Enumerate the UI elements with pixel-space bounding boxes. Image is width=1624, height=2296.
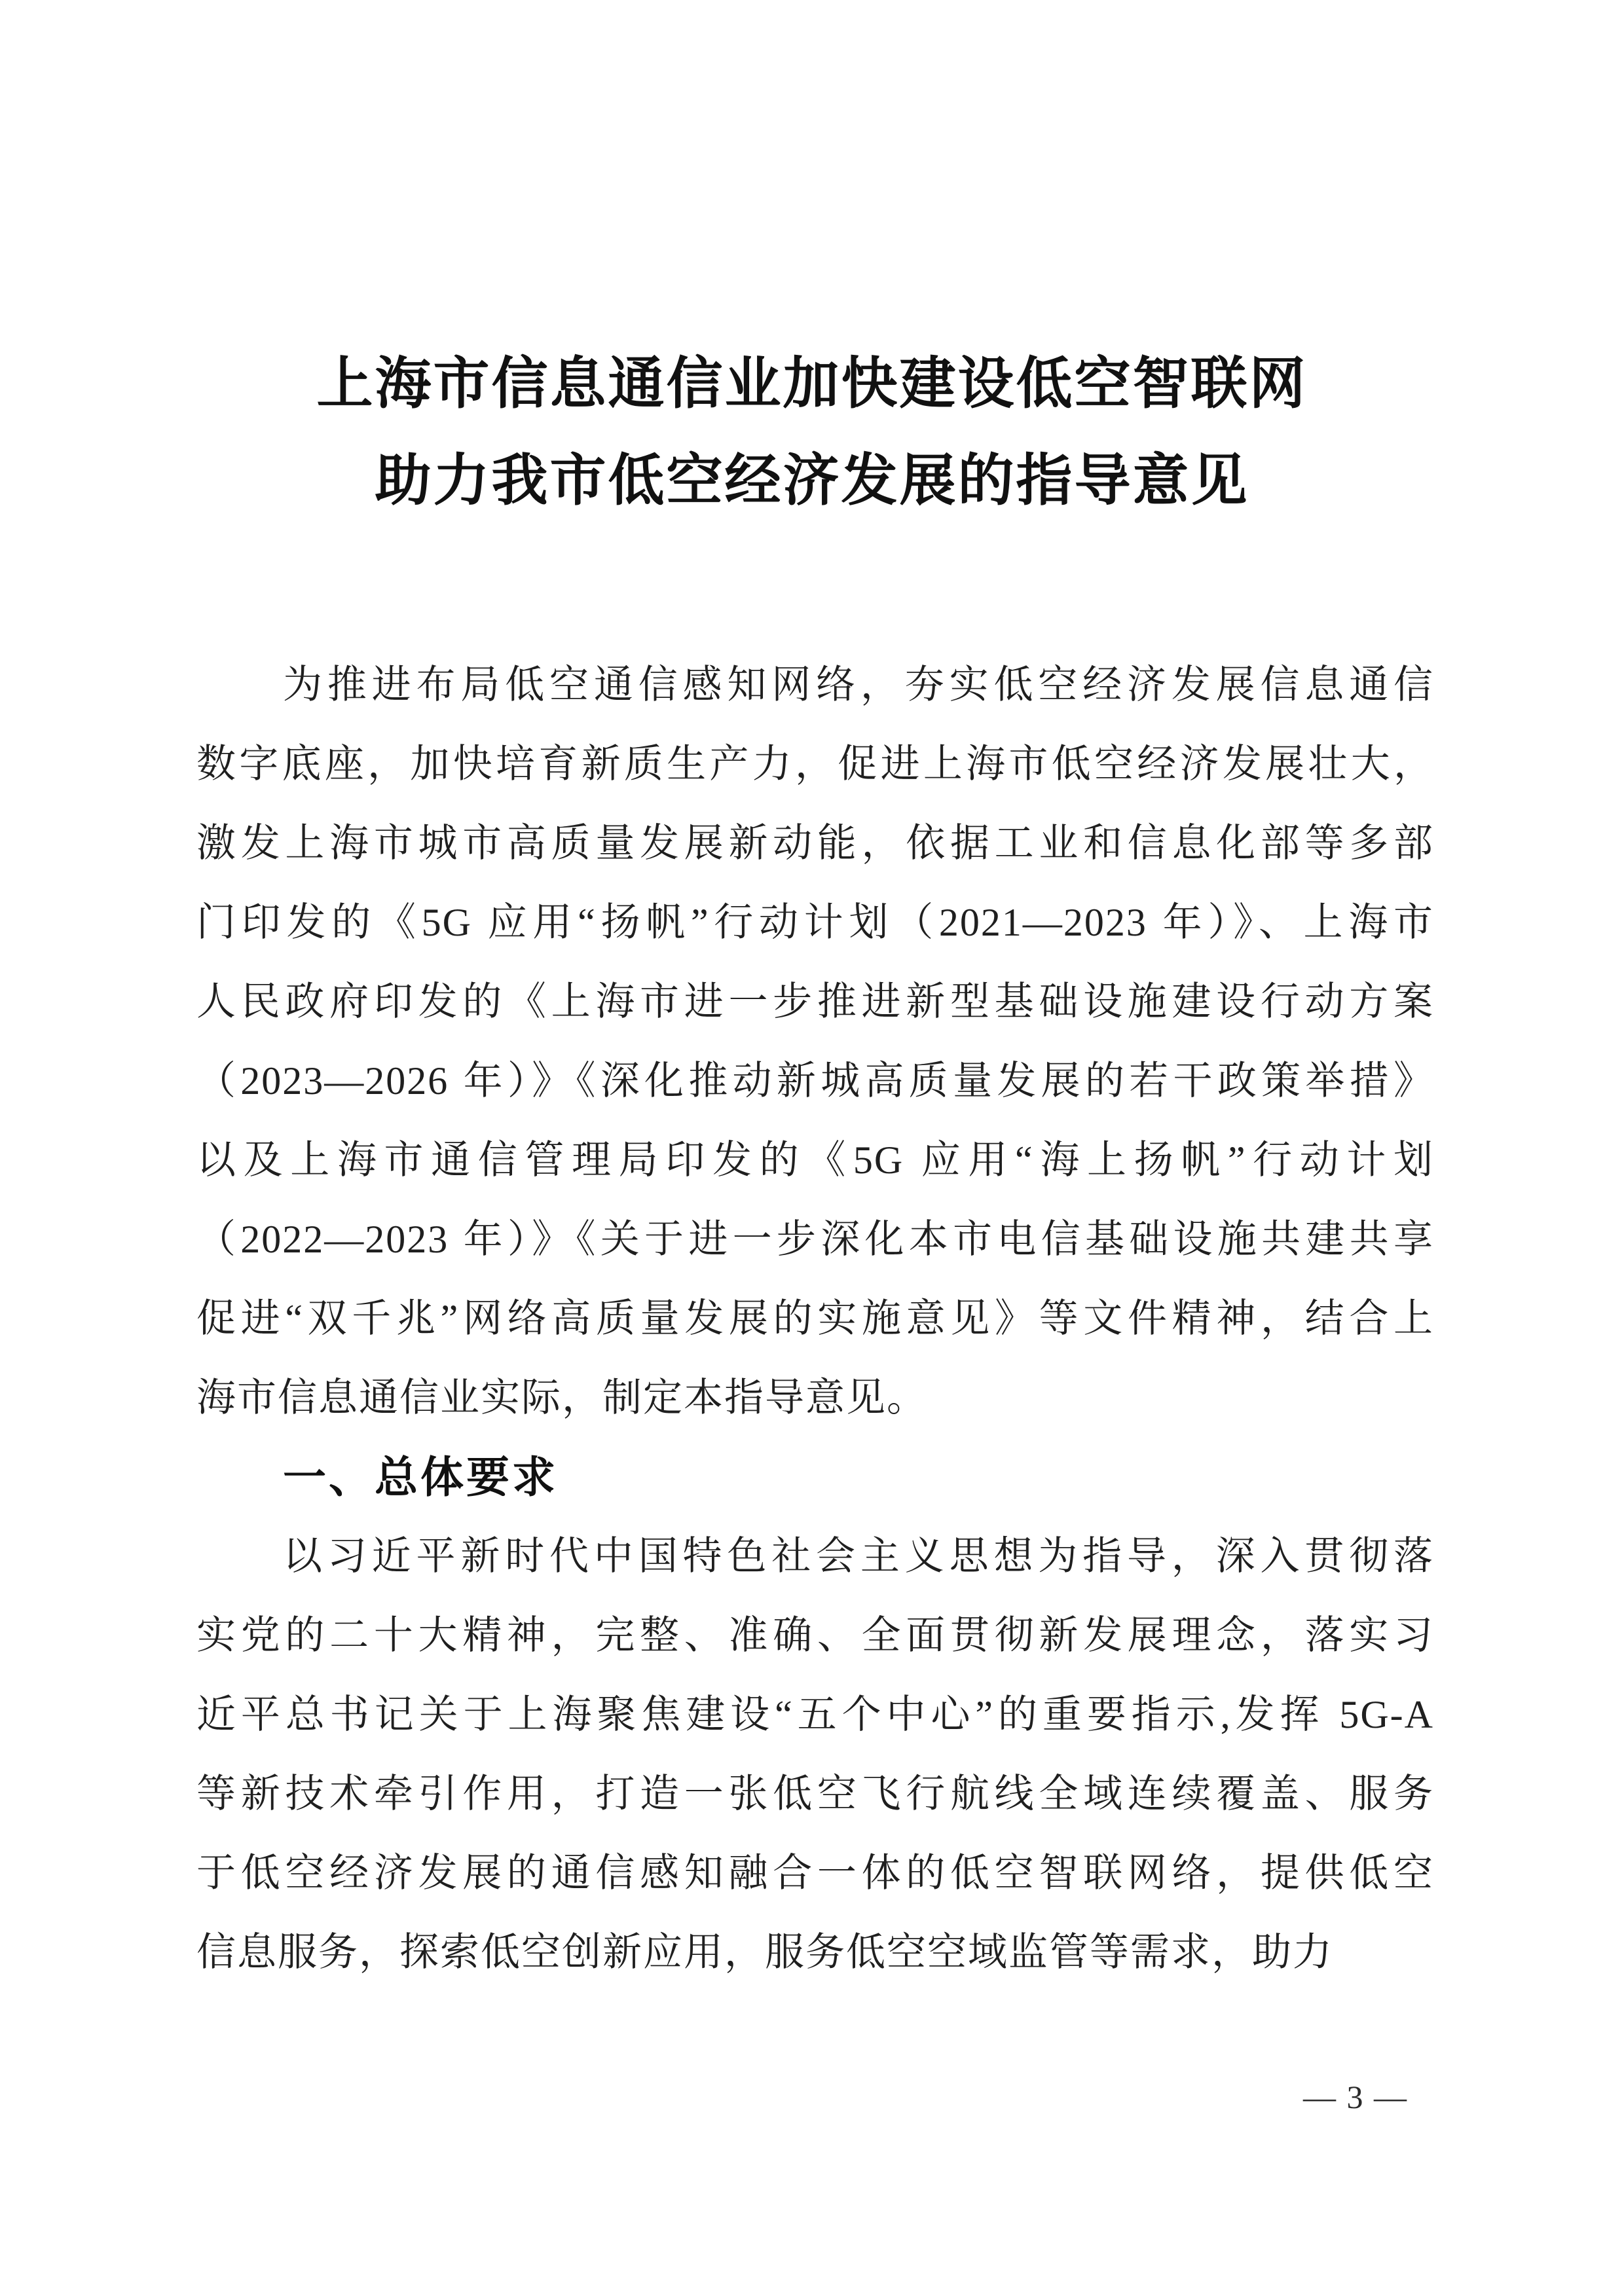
body-line: 以习近平新时代中国特色社会主义思想为指导，深入贯彻落 (196, 1517, 1434, 1596)
body-line: 于低空经济发展的通信感知融合一体的低空智联网络，提供低空 (196, 1834, 1434, 1913)
page-number: — 3 — (1270, 2074, 1441, 2120)
body-line: 信息服务，探索低空创新应用，服务低空空域监管等需求，助力 (196, 1913, 1434, 1992)
body-line: 以及上海市通信管理局印发的《5G 应用“海上扬帆”行动计划 (196, 1121, 1434, 1200)
body-line: 人民政府印发的《上海市进一步推进新型基础设施建设行动方案 (196, 962, 1434, 1042)
body-line: 激发上海市城市高质量发展新动能，依据工业和信息化部等多部 (196, 804, 1434, 883)
body-line: 近平总书记关于上海聚焦建设“五个中心”的重要指示,发挥 5G-A (196, 1675, 1434, 1755)
body-line: 海市信息通信业实际，制定本指导意见。 (196, 1358, 1434, 1438)
title-line-1: 上海市信息通信业加快建设低空智联网 (0, 335, 1624, 432)
section1-paragraph: 以习近平新时代中国特色社会主义思想为指导，深入贯彻落 实党的二十大精神，完整、准… (196, 1517, 1434, 1992)
body-line: 门印发的《5G 应用“扬帆”行动计划（2021—2023 年）》、上海市 (196, 883, 1434, 962)
intro-paragraph: 为推进布局低空通信感知网络，夯实低空经济发展信息通信 数字底座，加快培育新质生产… (196, 646, 1434, 1438)
document-title: 上海市信息通信业加快建设低空智联网 助力我市低空经济发展的指导意见 (0, 0, 1624, 529)
title-line-2: 助力我市低空经济发展的指导意见 (0, 432, 1624, 529)
body-line: （2023—2026 年）》《深化推动新城高质量发展的若干政策举措》 (196, 1042, 1434, 1121)
section-heading: 一、总体要求 (196, 1438, 1434, 1517)
body-line: 数字底座，加快培育新质生产力，促进上海市低空经济发展壮大， (196, 725, 1434, 804)
body-line: 实党的二十大精神，完整、准确、全面贯彻新发展理念，落实习 (196, 1596, 1434, 1675)
body-line: （2022—2023 年）》《关于进一步深化本市电信基础设施共建共享 (196, 1200, 1434, 1279)
document-body: 为推进布局低空通信感知网络，夯实低空经济发展信息通信 数字底座，加快培育新质生产… (196, 646, 1434, 1992)
body-line: 促进“双千兆”网络高质量发展的实施意见》等文件精神，结合上 (196, 1279, 1434, 1358)
body-line: 为推进布局低空通信感知网络，夯实低空经济发展信息通信 (196, 646, 1434, 725)
document-page: 上海市信息通信业加快建设低空智联网 助力我市低空经济发展的指导意见 为推进布局低… (0, 0, 1624, 2296)
body-line: 等新技术牵引作用，打造一张低空飞行航线全域连续覆盖、服务 (196, 1755, 1434, 1834)
